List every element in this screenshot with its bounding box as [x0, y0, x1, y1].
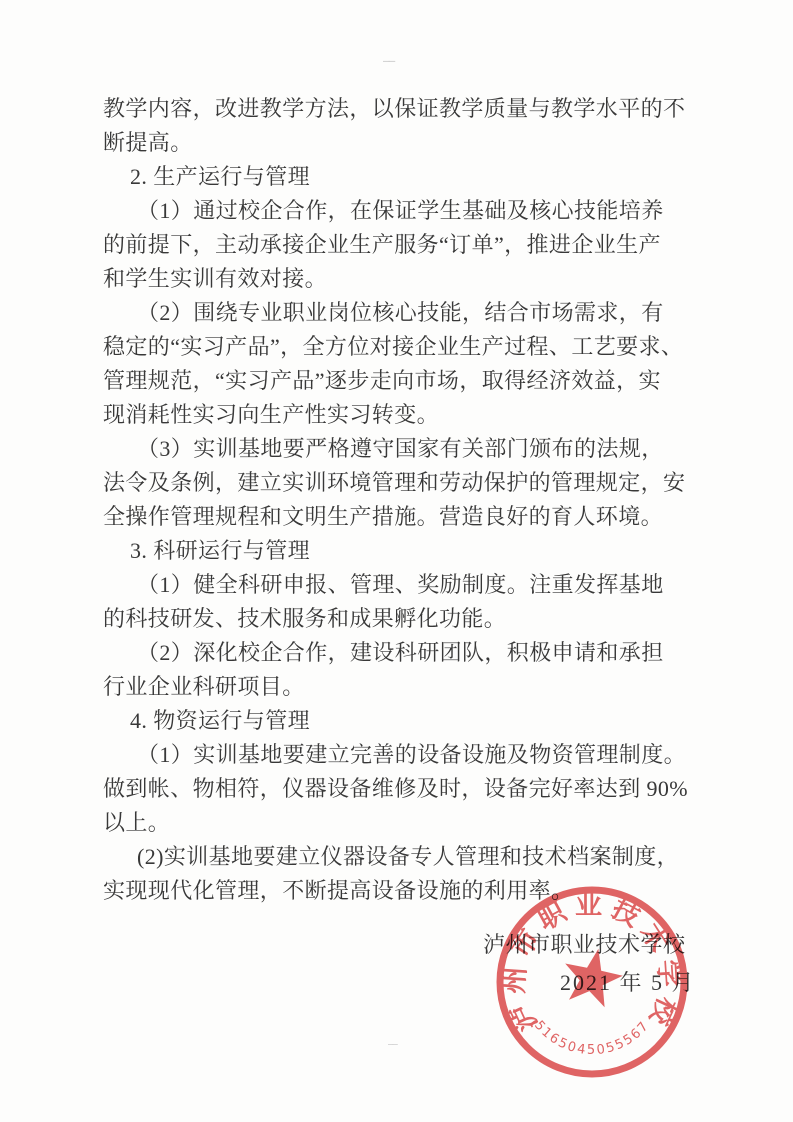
- document-line: 3. 科研运行与管理: [103, 534, 703, 568]
- document-line: （1）实训基地要建立完善的设备设施及物资管理制度。: [103, 738, 703, 772]
- document-line: 的科技研发、技术服务和成果孵化功能。: [103, 602, 703, 636]
- document-line: 管理规范，“实习产品”逐步走向市场，取得经济效益，实: [103, 364, 703, 398]
- seal-number: 5165045055567: [531, 1018, 653, 1058]
- document-body: 教学内容，改进教学方法，以保证教学质量与教学水平的不断提高。2. 生产运行与管理…: [103, 92, 703, 908]
- document-line: 做到帐、物相符，仪器设备维修及时，设备完好率达到 90%: [103, 772, 703, 806]
- document-line: （2）围绕专业职业岗位核心技能，结合市场需求，有: [103, 296, 703, 330]
- page-bottom-mark: ——: [388, 1040, 397, 1050]
- document-line: 现消耗性实习向生产性实习转变。: [103, 398, 703, 432]
- document-line: 教学内容，改进教学方法，以保证教学质量与教学水平的不: [103, 92, 703, 126]
- document-line: 全操作管理规程和文明生产措施。营造良好的育人环境。: [103, 500, 703, 534]
- document-line: (2)实训基地要建立仪器设备专人管理和技术档案制度，: [103, 840, 703, 874]
- document-line: 和学生实训有效对接。: [103, 262, 703, 296]
- page-top-mark: ——: [383, 54, 394, 67]
- document-line: 的前提下，主动承接企业生产服务“订单”，推进企业生产: [103, 228, 703, 262]
- document-line: （1）通过校企合作，在保证学生基础及核心技能培养: [103, 194, 703, 228]
- document-line: （3）实训基地要严格遵守国家有关部门颁布的法规，: [103, 432, 703, 466]
- document-line: 2. 生产运行与管理: [103, 160, 703, 194]
- seal-star-icon: [565, 949, 623, 1008]
- official-seal: 泸州市职业技术学校 5165045055567: [492, 882, 692, 1082]
- document-line: 4. 物资运行与管理: [103, 704, 703, 738]
- document-line: 稳定的“实习产品”，全方位对接企业生产过程、工艺要求、: [103, 330, 703, 364]
- document-lines: 教学内容，改进教学方法，以保证教学质量与教学水平的不断提高。2. 生产运行与管理…: [103, 92, 703, 908]
- document-line: 断提高。: [103, 126, 703, 160]
- document-line: （2）深化校企合作，建设科研团队，积极申请和承担: [103, 636, 703, 670]
- document-line: 法令及条例，建立实训环境管理和劳动保护的管理规定，安: [103, 466, 703, 500]
- scanned-document-page: —— 教学内容，改进教学方法，以保证教学质量与教学水平的不断提高。2. 生产运行…: [0, 0, 793, 1122]
- document-line: 行业企业科研项目。: [103, 670, 703, 704]
- document-line: （1）健全科研申报、管理、奖励制度。注重发挥基地: [103, 568, 703, 602]
- document-line: 以上。: [103, 806, 703, 840]
